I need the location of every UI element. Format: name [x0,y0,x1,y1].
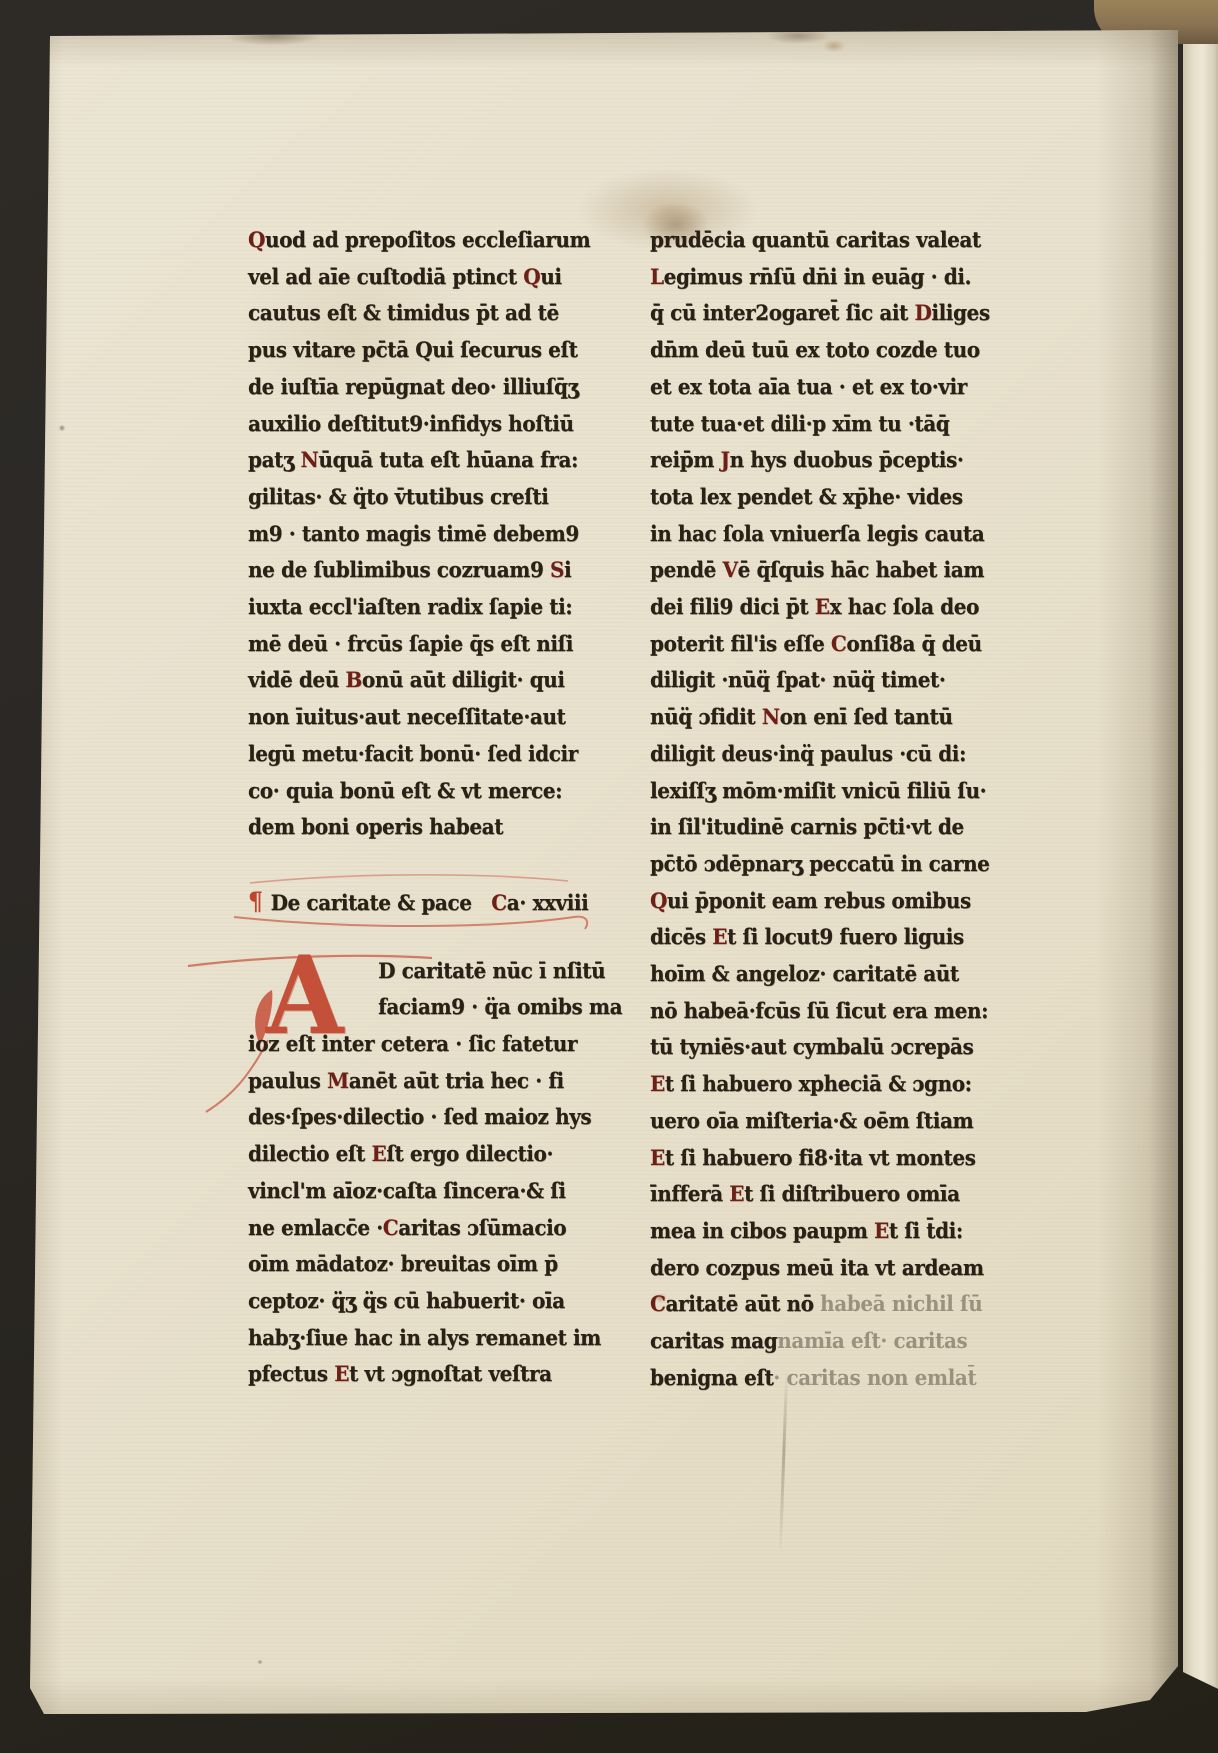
text-line: hoīm & angeloz· caritatē aūt [650,956,990,993]
text-segment: Q [650,888,667,913]
text-segment: dilectio eſt [248,1141,372,1166]
text-segment: ūquā tuta eſt hūana fra: [318,447,578,472]
text-line: reip̄m Jn hys duobus p̄ceptis· [650,442,990,479]
next-page-edge [1183,0,1218,1694]
scratch-mark [779,1370,788,1555]
text-line: auxilio deſtitut9·infidys hoſtiū [248,406,622,443]
text-line: tute tua·et dili·p xīm tu ·tāq̄ [650,406,990,443]
text-line: poterit fil'is eſſe Conſi8a q̄ deū [650,626,990,663]
text-line: īnfferā Et ſi diſtribuero omīa [650,1176,990,1213]
text-segment: habʒ·ſiue hac in alys remanet im [248,1325,601,1350]
text-segment: n hys duobus p̄ceptis· [730,447,964,472]
text-line: vincl'm aīoz·caſta ſincera·& ſi [248,1173,622,1210]
text-line: Quod ad prepoſitos eccleſiarum [248,222,622,259]
text-segment: iuxta eccl'iaſten radix ſapie ti: [248,594,572,619]
text-segment: · caritas non emlat̄ [773,1365,976,1390]
text-line: Et ſi habuero fi8·ita vt montes [650,1140,990,1177]
text-line: pfectus Et vt ɔgnoſtat veſtra [248,1356,622,1393]
text-line: mea in cibos paupm Et ſi t̄di: [650,1213,990,1250]
text-line: habʒ·ſiue hac in alys remanet im [248,1320,622,1357]
text-line: caritas magnamīa eſt· caritas [650,1323,990,1360]
text-line: nō habeā·fcūs ſū ſicut era men: [650,993,990,1030]
text-segment: faciam9 · q̈a omibs ma [378,994,622,1019]
text-line: Caritatē aūt nō habeā nichil ſū [650,1286,990,1323]
text-segment: auxilio deſtitut9·infidys hoſtiū [248,411,574,436]
text-segment: gilitas· & q̈to v̄tutibus creſti [248,484,548,509]
text-segment: dem boni operis habeat [248,814,503,839]
text-segment: t ſi habuero xpheciā & ɔgno: [665,1071,972,1096]
text-line: pendē Vē q̄ſquis hāc habet iam [650,552,990,589]
text-segment: t ſi locut9 fuero liguis [727,924,964,949]
text-line: uero oīa miſteria·& oēm ſtiam [650,1103,990,1140]
text-line: tota lex pendet & xp̄he· vides [650,479,990,516]
text-line: q̄ cū inter2ogaret̄ ſic ait Diliges [650,295,990,332]
text-segment: Q [248,227,265,252]
text-segment: ¶ [248,887,271,916]
book-scan-scene: A Quod ad prepoſitos eccleſiarumvel ad a… [0,0,1218,1753]
text-line: non īuitus·aut neceſſitate·aut [248,699,622,736]
text-segment: diligit deus·inq̈ paulus ·cū di: [650,741,966,766]
text-segment: aritas ɔſūmacio [398,1215,566,1240]
text-segment: patʒ [248,447,300,472]
text-segment: īnfferā [650,1181,729,1206]
text-segment: diligit ·nūq̈ ſpat· nūq̈ timet· [650,667,945,692]
text-segment: L [650,264,664,289]
text-segment: pendē [650,557,722,582]
text-segment: pus vitare pc̄tā Qui ſecurus eſt [248,337,578,362]
text-line: dero cozpus meū ita vt ardeam [650,1250,990,1287]
text-line: patʒ Nūquā tuta eſt hūana fra: [248,442,622,479]
text-line: mē deū · frcūs ſapie q̄s eſt niſi [248,626,622,663]
text-segment: C [650,1291,666,1316]
text-segment: uod ad prepoſitos eccleſiarum [265,227,590,252]
text-line: pus vitare pc̄tā Qui ſecurus eſt [248,332,622,369]
text-segment: C [383,1215,399,1240]
text-segment: M [327,1068,349,1093]
text-segment: dero cozpus meū ita vt ardeam [650,1255,984,1280]
text-segment: D [914,300,931,325]
text-segment: C [491,890,507,915]
text-line: tū tyniēs·aut cymbalū ɔcrepās [650,1029,990,1066]
text-line: iuxta eccl'iaſten radix ſapie ti: [248,589,622,626]
text-segment: aritatē aūt nō [666,1291,821,1316]
text-segment: uero oīa miſteria·& oēm ſtiam [650,1108,973,1133]
text-segment: et ex tota aīa tua · et ex to·vir [650,374,967,399]
text-segment: paulus [248,1068,327,1093]
text-line: cautus eſt & timidus p̄t ad tē [248,295,622,332]
text-segment: dei fili9 dici p̄t [650,594,815,619]
text-segment: a· xxviii [507,890,589,915]
text-line: ne emlacc̄e ·Caritas ɔſūmacio [248,1210,622,1247]
text-segment: pc̄tō ɔdēpnarʒ peccatū in carne [650,851,989,876]
text-segment: E [874,1218,889,1243]
text-line: diligit deus·inq̈ paulus ·cū di: [650,736,990,773]
text-segment: vincl'm aīoz·caſta ſincera·& ſi [248,1178,566,1203]
text-segment: E [729,1181,744,1206]
text-segment: dicēs [650,924,712,949]
text-line: Et ſi habuero xpheciā & ɔgno: [650,1066,990,1103]
text-line: co· quia bonū eſt & vt merce: [248,773,622,810]
text-line: pc̄tō ɔdēpnarʒ peccatū in carne [650,846,990,883]
text-segment: mē deū · frcūs ſapie q̄s eſt niſi [248,631,573,656]
text-segment: de iuſtīa repūgnat deo· illiuſq̄ʒ [248,374,578,399]
manuscript-page: A Quod ad prepoſitos eccleſiarumvel ad a… [28,30,1178,1720]
text-segment: co· quia bonū eſt & vt merce: [248,778,562,803]
text-segment: J [721,447,730,472]
text-segment: ne emlacc̄e · [248,1215,383,1240]
text-line: dilectio eſt Eſt ergo dilectio· [248,1136,622,1173]
text-segment: egimus rn̄ſū dn̄i in euāg · di. [664,264,971,289]
text-segment: habeā nichil ſū [820,1291,982,1316]
text-segment: on enī ſed tantū [780,704,953,729]
text-segment: ne de ſublimibus cozruam9 [248,557,550,582]
text-line: de iuſtīa repūgnat deo· illiuſq̄ʒ [248,369,622,406]
text-segment: x hac ſola deo [830,594,979,619]
text-segment: vel ad aīe cuſtodiā ptinct [248,264,523,289]
text-line: Qui p̄ponit eam rebus omibus [650,883,990,920]
text-line: dem boni operis habeat [248,809,622,846]
text-segment: ioz eſt inter cetera · ſic fatetur [248,1031,577,1056]
text-segment: m9 · tanto magis timē debem9 [248,521,579,546]
text-line: vel ad aīe cuſtodiā ptinct Qui [248,259,622,296]
text-segment: E [815,594,830,619]
text-line: nūq̈ ɔfidit Non enī ſed tantū [650,699,990,736]
text-line: ioz eſt inter cetera · ſic fatetur [248,1026,622,1063]
left-text-column: Quod ad prepoſitos eccleſiarumvel ad aīe… [248,222,622,1393]
text-line: in hac ſola vniuerſa legis cauta [650,516,990,553]
text-segment: ſt ergo dilectio· [386,1141,553,1166]
text-segment: ceptoz· q̈ʒ q̈s cū habuerit· oīa [248,1288,565,1313]
text-line: faciam9 · q̈a omibs ma [248,989,622,1026]
text-segment: ē q̄ſquis hāc habet iam [738,557,984,582]
text-segment: t ſi diſtribuero omīa [744,1181,960,1206]
text-line: oīm mādatoz· breuitas oīm p̄ [248,1246,622,1283]
text-segment: E [372,1141,387,1166]
text-segment: vidē deū [248,667,345,692]
text-segment: prudēcia quantū caritas valeat [650,227,981,252]
text-segment: N [300,447,318,472]
text-segment: namīa eſt· caritas [777,1328,967,1353]
text-segment: dn̄m deū tuū ex toto cozde tuo [650,337,980,362]
text-segment: onſi8a q̄ deū [846,631,981,656]
text-segment: t vt ɔgnoſtat veſtra [349,1361,552,1386]
text-segment: D caritatē nūc ī nſitū [378,958,605,983]
text-segment: E [712,924,727,949]
text-line: dn̄m deū tuū ex toto cozde tuo [650,332,990,369]
text-line: Legimus rn̄ſū dn̄i in euāg · di. [650,259,990,296]
text-segment: tota lex pendet & xp̄he· vides [650,484,963,509]
text-line: dei fili9 dici p̄t Ex hac ſola deo [650,589,990,626]
text-segment: tū tyniēs·aut cymbalū ɔcrepās [650,1034,973,1059]
text-segment: B [345,667,361,692]
text-line: diligit ·nūq̈ ſpat· nūq̈ timet· [650,662,990,699]
text-segment: t ſi habuero fi8·ita vt montes [665,1145,976,1170]
text-segment: legū metu·facit bonū· ſed idcir [248,741,578,766]
text-segment: non īuitus·aut neceſſitate·aut [248,704,565,729]
text-segment: N [762,704,780,729]
text-segment: in hac ſola vniuerſa legis cauta [650,521,984,546]
text-line: D caritatē nūc ī nſitū [248,953,622,990]
text-segment: anēt aūt tria hec · fi [349,1068,564,1093]
text-segment: i [564,557,571,582]
text-segment: hoīm & angeloz· caritatē aūt [650,961,959,986]
text-segment: E [334,1361,349,1386]
text-segment: q̄ cū inter2ogaret̄ ſic ait [650,300,914,325]
text-segment: nō habeā·fcūs ſū ſicut era men: [650,998,988,1023]
text-line: legū metu·facit bonū· ſed idcir [248,736,622,773]
text-segment: S [550,557,564,582]
chapter-heading: ¶ De caritate & pace Ca· xxviii [248,884,622,922]
text-segment: in ſil'itudinē carnis pc̄ti·vt de [650,814,964,839]
text-segment: poterit fil'is eſſe [650,631,831,656]
text-line: benigna eſt· caritas non emlat̄ [650,1360,990,1397]
text-segment: t ſi t̄di: [889,1218,963,1243]
text-segment: des·ſpes·dilectio · ſed maioz hys [248,1104,591,1129]
text-line: vidē deū Bonū aūt diligit· qui [248,662,622,699]
text-line: ne de ſublimibus cozruam9 Si [248,552,622,589]
text-line: prudēcia quantū caritas valeat [650,222,990,259]
text-segment: Q [523,264,540,289]
text-segment: benigna eſt [650,1365,773,1390]
text-segment: De caritate & pace [271,890,492,915]
text-line: m9 · tanto magis timē debem9 [248,516,622,553]
text-segment: ui p̄ponit eam rebus omibus [667,888,971,913]
text-segment: C [831,631,847,656]
text-segment: reip̄m [650,447,721,472]
text-line: dicēs Et ſi locut9 fuero liguis [650,919,990,956]
text-segment: cautus eſt & timidus p̄t ad tē [248,300,559,325]
right-text-column: prudēcia quantū caritas valeatLegimus rn… [650,222,990,1397]
text-segment: pfectus [248,1361,334,1386]
text-line: gilitas· & q̈to v̄tutibus creſti [248,479,622,516]
text-line: lexiſſʒ mōm·miſit vnicū filiū ſu· [650,773,990,810]
text-segment: nūq̈ ɔfidit [650,704,762,729]
text-segment: mea in cibos paupm [650,1218,874,1243]
text-line: paulus Manēt aūt tria hec · fi [248,1063,622,1100]
text-line: des·ſpes·dilectio · ſed maioz hys [248,1099,622,1136]
text-segment: E [650,1071,665,1096]
text-segment: tute tua·et dili·p xīm tu ·tāq̄ [650,411,949,436]
text-segment: lexiſſʒ mōm·miſit vnicū filiū ſu· [650,778,986,803]
text-segment: onū aūt diligit· qui [362,667,565,692]
text-segment: E [650,1145,665,1170]
text-line: in ſil'itudinē carnis pc̄ti·vt de [650,809,990,846]
text-segment: oīm mādatoz· breuitas oīm p̄ [248,1251,558,1276]
text-segment: caritas mag [650,1328,777,1353]
text-line: et ex tota aīa tua · et ex to·vir [650,369,990,406]
text-segment: iliges [931,300,989,325]
text-segment: V [722,557,737,582]
text-segment: ui [540,264,561,289]
text-line: ceptoz· q̈ʒ q̈s cū habuerit· oīa [248,1283,622,1320]
